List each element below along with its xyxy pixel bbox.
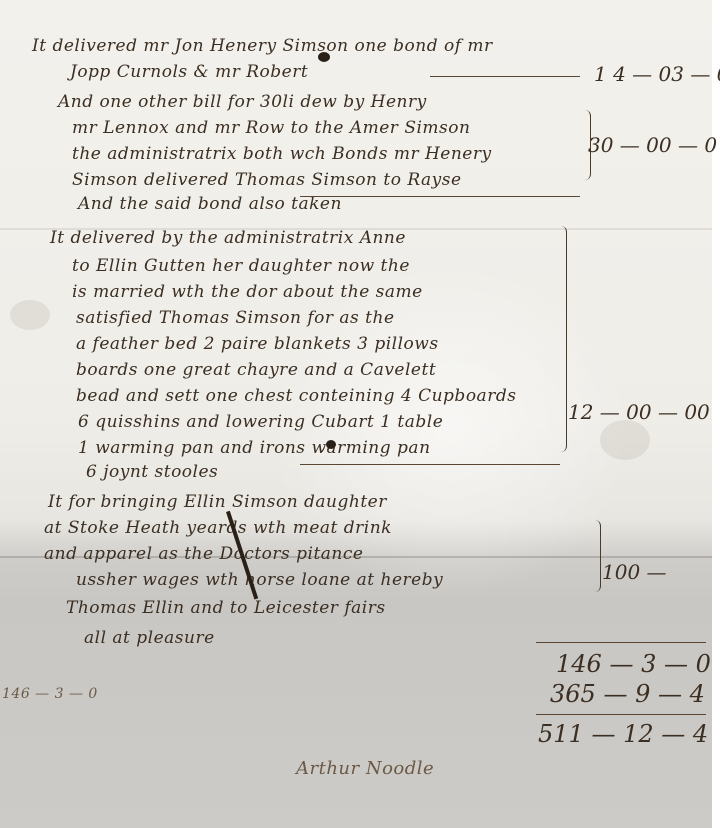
- entry-line: Jopp Curnols & mr Robert: [70, 62, 308, 82]
- entry-line: It delivered mr Jon Henery Simson one bo…: [32, 36, 493, 56]
- entry-line: 6 joynt stooles: [86, 462, 218, 482]
- entry-line: bead and sett one chest conteining 4 Cup…: [76, 386, 516, 406]
- total-row: 365 — 9 — 4: [550, 680, 705, 708]
- entry-line: It delivered by the administratrix Anne: [50, 228, 406, 248]
- entry-line: at Stoke Heath yeards wth meat drink: [44, 518, 392, 538]
- amount: 1 4 — 03 — 00: [594, 62, 720, 86]
- paper-stain: [600, 420, 650, 460]
- entry-line: mr Lennox and mr Row to the Amer Simson: [72, 118, 470, 138]
- ruling-line: [300, 464, 560, 465]
- entry-line: is married wth the dor about the same: [72, 282, 423, 302]
- entry-line: ussher wages wth horse loane at hereby: [76, 570, 443, 590]
- bracket: [586, 520, 601, 592]
- entry-line: 6 quisshins and lowering Cubart 1 table: [78, 412, 443, 432]
- entry-line: the administratrix both wch Bonds mr Hen…: [72, 144, 492, 164]
- ruling-line: [536, 714, 706, 715]
- entry-line: to Ellin Gutten her daughter now the: [72, 256, 410, 276]
- entry-line: 1 warming pan and irons warming pan: [78, 438, 431, 458]
- entry-line: Thomas Ellin and to Leicester fairs: [66, 598, 386, 618]
- entry-line: all at pleasure: [84, 628, 215, 648]
- total-row: 146 — 3 — 0: [556, 650, 711, 678]
- amount: 100 —: [602, 560, 667, 584]
- amount: 12 — 00 — 00: [568, 400, 710, 424]
- ink-blot: [318, 52, 330, 62]
- ruling-line: [430, 76, 580, 77]
- entry-line: And one other bill for 30li dew by Henry: [58, 92, 427, 112]
- amount: 30 — 00 — 0: [588, 133, 717, 157]
- ruling-line: [536, 642, 706, 643]
- ruling-line: [300, 196, 580, 197]
- signature: Arthur Noodle: [296, 758, 434, 779]
- entry-line: boards one great chayre and a Cavelett: [76, 360, 436, 380]
- entry-line: satisfied Thomas Simson for as the: [76, 308, 395, 328]
- manuscript-page: It delivered mr Jon Henery Simson one bo…: [0, 0, 712, 828]
- entry-line: And the said bond also taken: [78, 194, 342, 214]
- entry-line: and apparel as the Doctors pitance: [44, 544, 363, 564]
- margin-note: 146 — 3 — 0: [2, 686, 98, 702]
- paper-stain: [10, 300, 50, 330]
- entry-line: Simson delivered Thomas Simson to Rayse: [72, 170, 462, 190]
- entry-line: a feather bed 2 paire blankets 3 pillows: [76, 334, 439, 354]
- grand-total: 511 — 12 — 4: [538, 720, 708, 748]
- entry-line: It for bringing Ellin Simson daughter: [48, 492, 387, 512]
- ink-blot: [326, 440, 336, 449]
- bracket: [548, 226, 567, 452]
